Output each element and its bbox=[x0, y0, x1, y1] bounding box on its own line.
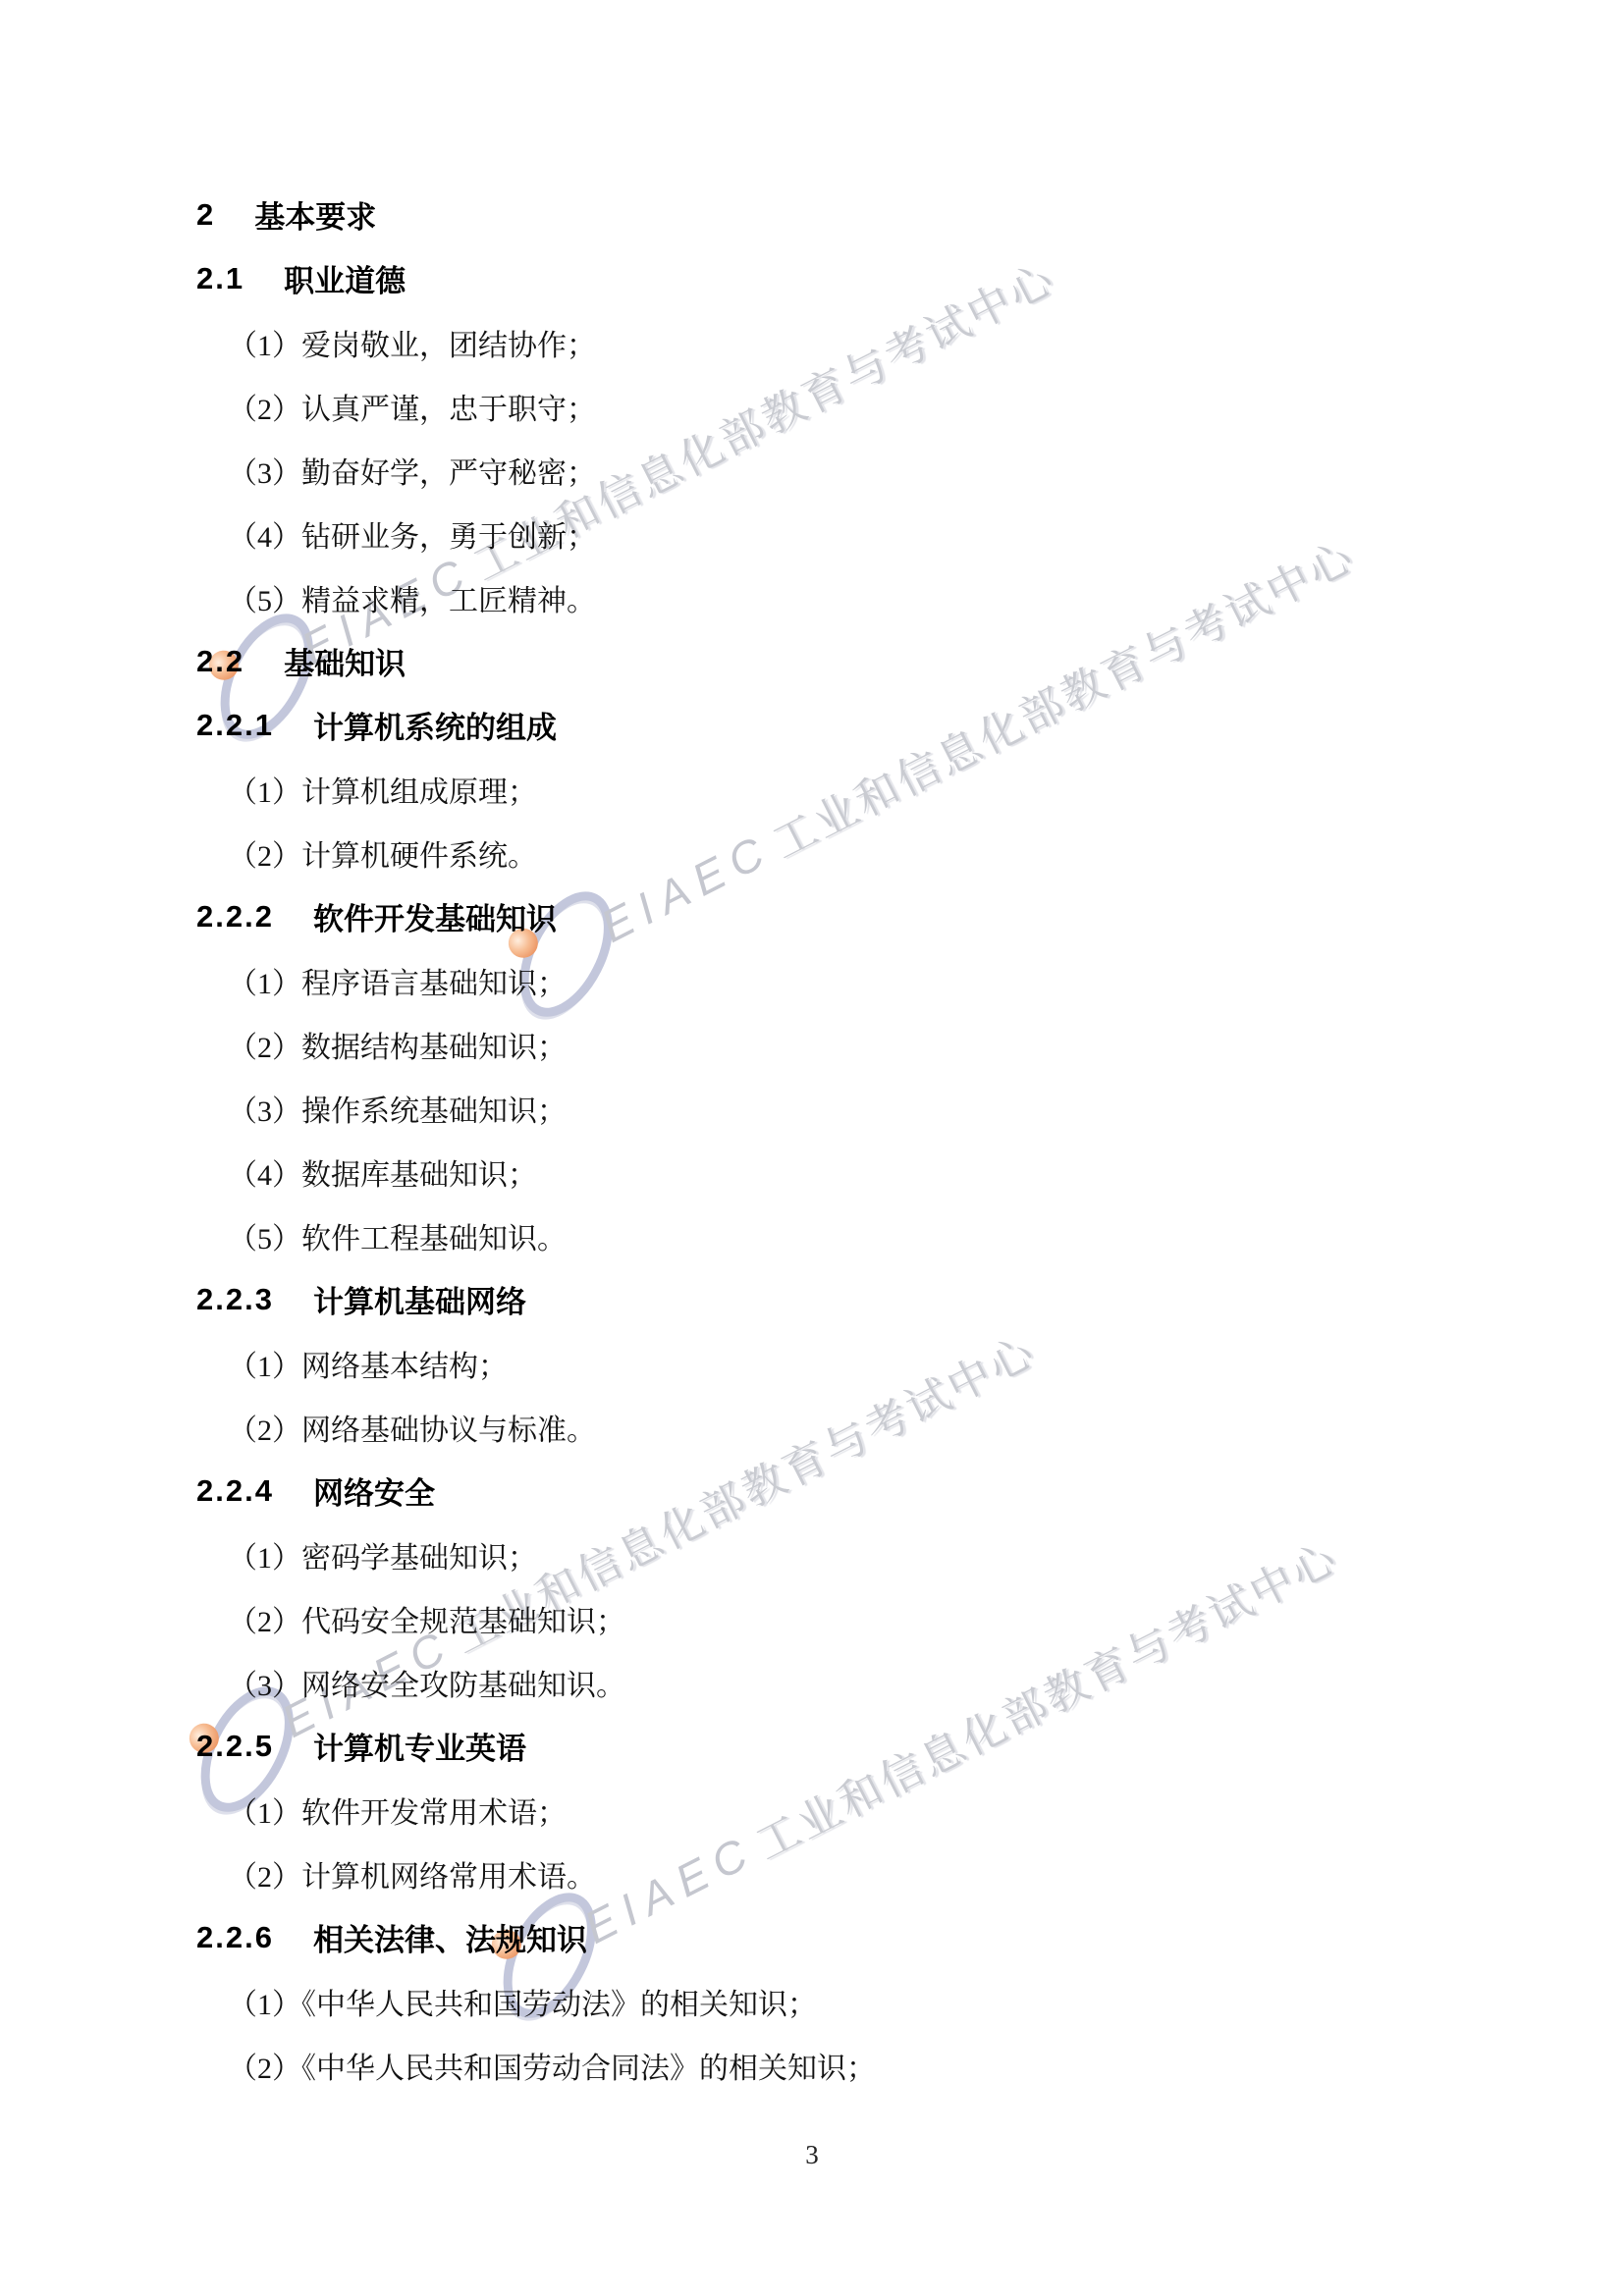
item-text: （2）《中华人民共和国劳动合同法》的相关知识； bbox=[228, 2044, 876, 2087]
list-item: （1）程序语言基础知识； bbox=[196, 948, 1516, 1012]
item-text: （3）勤奋好学，严守秘密； bbox=[228, 449, 596, 492]
list-item: （1）《中华人民共和国劳动法》的相关知识； bbox=[196, 1969, 1516, 2033]
section-number: 2.2.3 bbox=[196, 1282, 274, 1317]
item-text: （1）《中华人民共和国劳动法》的相关知识； bbox=[228, 1980, 817, 2023]
heading-text: 计算机系统的组成 bbox=[313, 703, 557, 747]
section-heading: 2.1职业道德 bbox=[196, 246, 1516, 310]
list-item: （2）计算机网络常用术语。 bbox=[196, 1842, 1516, 1905]
section-number: 2.1 bbox=[196, 261, 244, 296]
item-text: （1）网络基本结构； bbox=[228, 1342, 508, 1385]
list-item: （3）操作系统基础知识； bbox=[196, 1076, 1516, 1140]
heading-text: 基本要求 bbox=[254, 192, 376, 237]
list-item: （2）认真严谨，忠于职守； bbox=[196, 374, 1516, 438]
item-text: （1）密码学基础知识； bbox=[228, 1533, 537, 1576]
item-text: （3）操作系统基础知识； bbox=[228, 1087, 567, 1130]
heading-text: 计算机专业英语 bbox=[313, 1724, 526, 1768]
list-item: （1）软件开发常用术语； bbox=[196, 1778, 1516, 1842]
heading-text: 计算机基础网络 bbox=[313, 1277, 526, 1321]
item-text: （2）代码安全规范基础知识； bbox=[228, 1597, 625, 1640]
list-item: （2）网络基础协议与标准。 bbox=[196, 1395, 1516, 1459]
list-item: （2）计算机硬件系统。 bbox=[196, 821, 1516, 884]
heading-text: 职业道德 bbox=[284, 256, 406, 300]
section-heading: 2.2.1计算机系统的组成 bbox=[196, 693, 1516, 757]
heading-text: 相关法律、法规知识 bbox=[313, 1915, 587, 1959]
section-heading: 2.2.4网络安全 bbox=[196, 1459, 1516, 1522]
list-item: （2）《中华人民共和国劳动合同法》的相关知识； bbox=[196, 2033, 1516, 2097]
section-number: 2.2.1 bbox=[196, 708, 274, 743]
list-item: （3）网络安全攻防基础知识。 bbox=[196, 1650, 1516, 1714]
section-number: 2.2 bbox=[196, 644, 244, 679]
section-heading: 2基本要求 bbox=[196, 183, 1516, 246]
item-text: （4）数据库基础知识； bbox=[228, 1150, 537, 1194]
document-content: 2基本要求2.1职业道德（1）爱岗敬业，团结协作；（2）认真严谨，忠于职守；（3… bbox=[196, 183, 1516, 2097]
item-text: （2）网络基础协议与标准。 bbox=[228, 1406, 596, 1449]
item-text: （3）网络安全攻防基础知识。 bbox=[228, 1661, 625, 1704]
item-text: （4）钻研业务，勇于创新； bbox=[228, 512, 596, 556]
list-item: （1）爱岗敬业，团结协作； bbox=[196, 310, 1516, 374]
page-number: 3 bbox=[0, 2140, 1624, 2170]
item-text: （2）认真严谨，忠于职守； bbox=[228, 385, 596, 428]
item-text: （5）精益求精，工匠精神。 bbox=[228, 576, 596, 619]
item-text: （1）计算机组成原理； bbox=[228, 768, 537, 811]
list-item: （2）数据结构基础知识； bbox=[196, 1012, 1516, 1076]
section-number: 2.2.5 bbox=[196, 1729, 274, 1764]
section-number: 2.2.6 bbox=[196, 1920, 274, 1955]
document-page: EIAEC 工业和信息化部教育与考试中心 EIAEC 工业和信息化部教育与考试中… bbox=[0, 0, 1624, 2296]
section-number: 2.2.4 bbox=[196, 1473, 274, 1509]
list-item: （1）计算机组成原理； bbox=[196, 757, 1516, 821]
section-heading: 2.2.3计算机基础网络 bbox=[196, 1267, 1516, 1331]
section-number: 2.2.2 bbox=[196, 899, 274, 934]
list-item: （5）精益求精，工匠精神。 bbox=[196, 565, 1516, 629]
heading-text: 网络安全 bbox=[313, 1468, 435, 1513]
list-item: （1）网络基本结构； bbox=[196, 1331, 1516, 1395]
heading-text: 软件开发基础知识 bbox=[313, 894, 557, 938]
item-text: （2）计算机硬件系统。 bbox=[228, 831, 537, 875]
section-heading: 2.2.6相关法律、法规知识 bbox=[196, 1905, 1516, 1969]
item-text: （1）爱岗敬业，团结协作； bbox=[228, 321, 596, 364]
item-text: （2）数据结构基础知识； bbox=[228, 1023, 567, 1066]
item-text: （5）软件工程基础知识。 bbox=[228, 1214, 567, 1257]
item-text: （1）软件开发常用术语； bbox=[228, 1789, 567, 1832]
item-text: （1）程序语言基础知识； bbox=[228, 959, 567, 1002]
section-heading: 2.2.2软件开发基础知识 bbox=[196, 884, 1516, 948]
list-item: （2）代码安全规范基础知识； bbox=[196, 1586, 1516, 1650]
list-item: （3）勤奋好学，严守秘密； bbox=[196, 438, 1516, 502]
section-heading: 2.2基础知识 bbox=[196, 629, 1516, 693]
heading-text: 基础知识 bbox=[284, 639, 406, 683]
list-item: （4）钻研业务，勇于创新； bbox=[196, 502, 1516, 565]
section-number: 2 bbox=[196, 197, 215, 233]
list-item: （5）软件工程基础知识。 bbox=[196, 1203, 1516, 1267]
list-item: （4）数据库基础知识； bbox=[196, 1140, 1516, 1203]
item-text: （2）计算机网络常用术语。 bbox=[228, 1852, 596, 1896]
section-heading: 2.2.5计算机专业英语 bbox=[196, 1714, 1516, 1778]
list-item: （1）密码学基础知识； bbox=[196, 1522, 1516, 1586]
